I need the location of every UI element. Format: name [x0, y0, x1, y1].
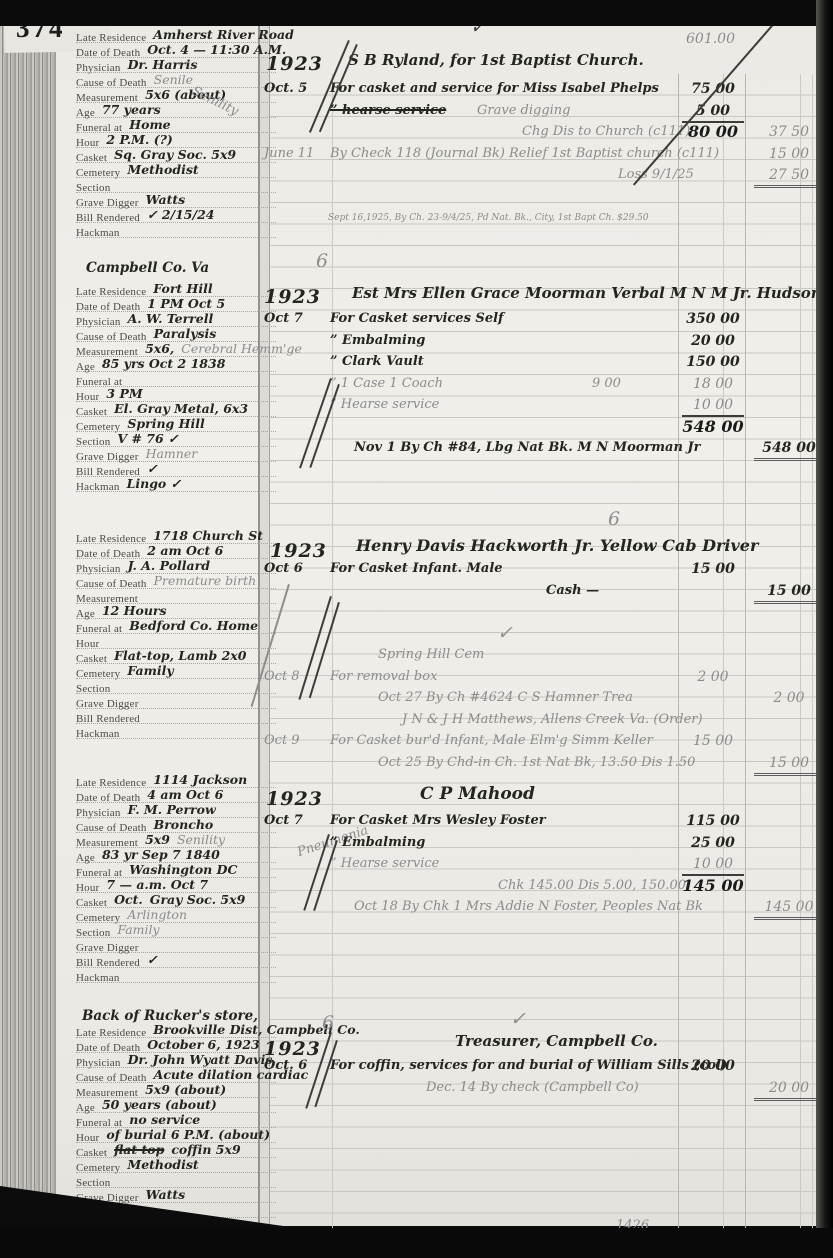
- field-value-handwritten: 5x9 (about): [145, 1082, 226, 1097]
- records-layer: near Scott's Mill Late Residence Amherst…: [0, 0, 833, 1258]
- form-field-row: Grave Digger Watts: [76, 1188, 276, 1203]
- form-field-row: Physician Dr. John Wyatt Davis: [76, 1053, 276, 1068]
- form-field-row: Date of Death October 6, 1923: [76, 1038, 276, 1053]
- form-field-row: Cemetery Methodist: [76, 1158, 276, 1173]
- ledger-scan-canvas: 374 near Scott's Mill Late Residence Amh…: [0, 0, 833, 1258]
- form-field-row: Age 50 years (about): [76, 1098, 276, 1113]
- form-field-row: Cause of Death Acute dilation cardiac: [76, 1068, 276, 1083]
- field-value-handwritten-2: coffin 5x9: [171, 1142, 240, 1157]
- form-field-row: Casket flat top coffin 5x9: [76, 1143, 276, 1158]
- ledger-line: Dec. 14 By check (Campbell Co) 20 00: [262, 1078, 828, 1100]
- pencil-curl-mark: 6: [322, 1012, 334, 1034]
- field-value-handwritten: Dr. John Wyatt Davis: [128, 1052, 273, 1067]
- field-value-handwritten: of burial 6 P.M. (about): [106, 1127, 270, 1142]
- form-field-row: Late Residence Brookville Dist, Campbell…: [76, 1023, 276, 1038]
- ledger-line: Oct. 6 For coffin, services for and buri…: [262, 1056, 828, 1078]
- pencil-checkmark: ✓: [510, 1008, 526, 1030]
- form-field-row: Hour of burial 6 P.M. (about): [76, 1128, 276, 1143]
- book-edge-bottom: [0, 1228, 833, 1258]
- form-field-row: Measurement 5x9 (about): [76, 1083, 276, 1098]
- field-value-handwritten: October 6, 1923: [147, 1037, 259, 1052]
- ledger-line-date: Oct. 6: [264, 1056, 307, 1076]
- field-value-handwritten: Methodist: [127, 1157, 198, 1172]
- book-edge-top: [0, 0, 833, 26]
- pencil-curl-mark: 6: [316, 250, 328, 272]
- pencil-curl-mark: 6: [608, 508, 620, 530]
- ledger-line-text: For coffin, services for and burial of W…: [330, 1056, 727, 1076]
- form-field-row: Section: [76, 1173, 276, 1188]
- entry-title: Treasurer, Campbell Co.: [455, 1032, 658, 1050]
- pencil-checkmark: ✓: [497, 622, 513, 644]
- field-value-handwritten: flat top: [114, 1142, 164, 1157]
- ledger-line-debit: 20 00: [682, 1056, 744, 1076]
- book-edge-right: [816, 0, 833, 1258]
- ledger-record: Back of Rucker's store, Late Residence B…: [0, 0, 833, 1258]
- ledger-line-text: Dec. 14 By check (Campbell Co): [426, 1078, 639, 1098]
- field-value-handwritten: Watts: [146, 1187, 186, 1202]
- field-value-handwritten: 50 years (about): [102, 1097, 217, 1112]
- field-value-handwritten: no service: [129, 1112, 200, 1127]
- record-account-lines: Oct. 6 For coffin, services for and buri…: [262, 1056, 828, 1099]
- ledger-line-credit: 20 00: [754, 1078, 824, 1101]
- form-field-row: Funeral at no service: [76, 1113, 276, 1128]
